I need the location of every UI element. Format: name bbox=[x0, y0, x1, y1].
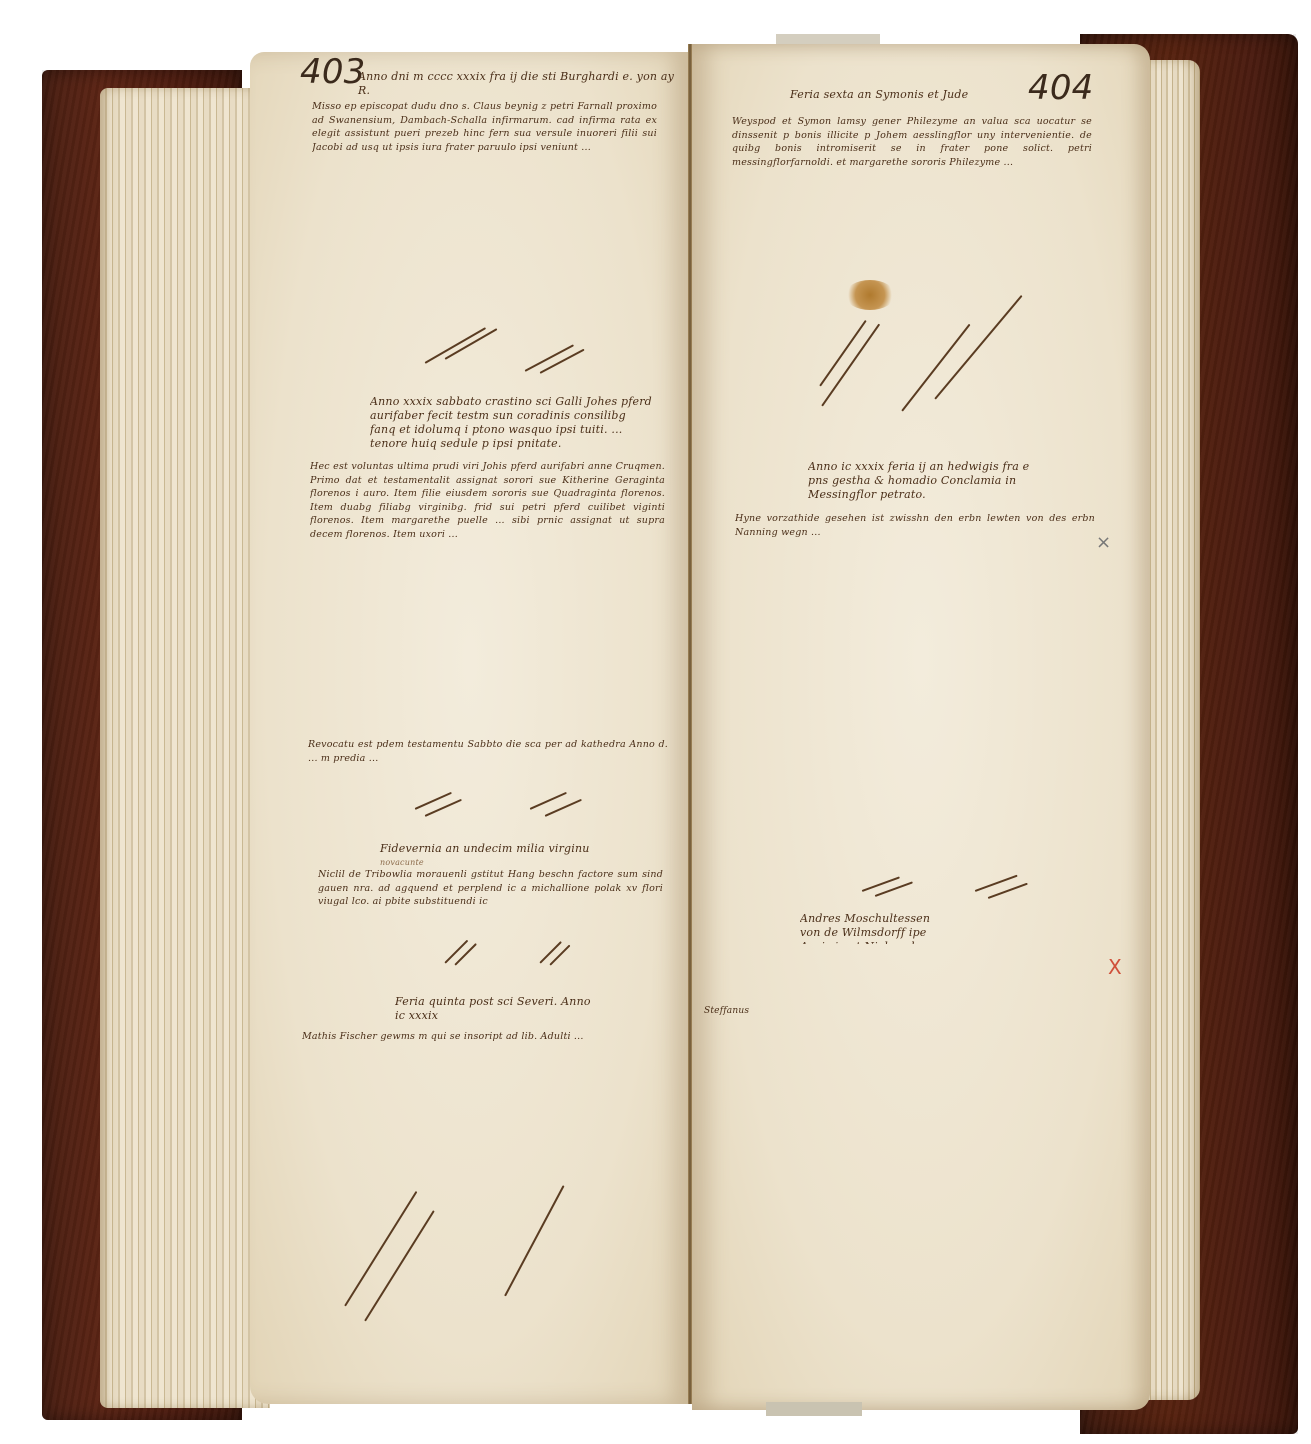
left-entry-1: Misso ep episcopat dudu dno s. Claus bey… bbox=[312, 100, 657, 305]
folio-number-left: 403 bbox=[300, 52, 366, 92]
left-heading-anno: Anno xxxix sabbato crastino sci Galli Jo… bbox=[370, 395, 655, 451]
margin-mark-red-x: X bbox=[1108, 955, 1122, 979]
left-entry-revocation: Revocatu est pdem testamentu Sabbto die … bbox=[308, 738, 668, 768]
margin-mark-gray-x: × bbox=[1096, 532, 1111, 553]
right-heading-feria-tercia: Andres Moschultessen von de Wilmsdorff i… bbox=[800, 912, 940, 944]
right-header-line: Feria sexta an Symonis et Jude bbox=[790, 88, 990, 102]
right-entry-andres bbox=[734, 950, 1094, 1270]
clasp-strap-bottom bbox=[766, 1402, 862, 1416]
folio-number-right: 404 bbox=[1028, 68, 1094, 108]
left-heading-feria-quinta: Feria quinta post sci Severi. Anno ic xx… bbox=[395, 995, 595, 1027]
gutter bbox=[688, 44, 692, 1404]
interlinear-note: novacunte bbox=[380, 858, 424, 867]
left-entry-niclil: Niclil de Tribowlia morauenli gstitut Ha… bbox=[318, 868, 663, 920]
ink-stain bbox=[845, 280, 895, 310]
left-heading-fidevernia: Fidevernia an undecim milia virginu bbox=[380, 842, 640, 856]
right-heading-hedwig: Anno ic xxxix feria ij an hedwigis fra e… bbox=[808, 460, 1048, 506]
right-entry-german: Hyne vorzathide gesehen ist zwisshn den … bbox=[735, 512, 1095, 852]
left-header-line: Anno dni m cccc xxxix fra ij die sti Bur… bbox=[358, 70, 688, 98]
left-page-edges bbox=[100, 88, 270, 1408]
left-entry-mathis: Mathis Fischer gewms m qui se insoript a… bbox=[302, 1030, 667, 1170]
right-entry-1: Weyspod et Symon lamsy gener Philezyme a… bbox=[732, 115, 1092, 265]
left-entry-testament: Hec est voluntas ultima prudi viri Johis… bbox=[310, 460, 665, 725]
